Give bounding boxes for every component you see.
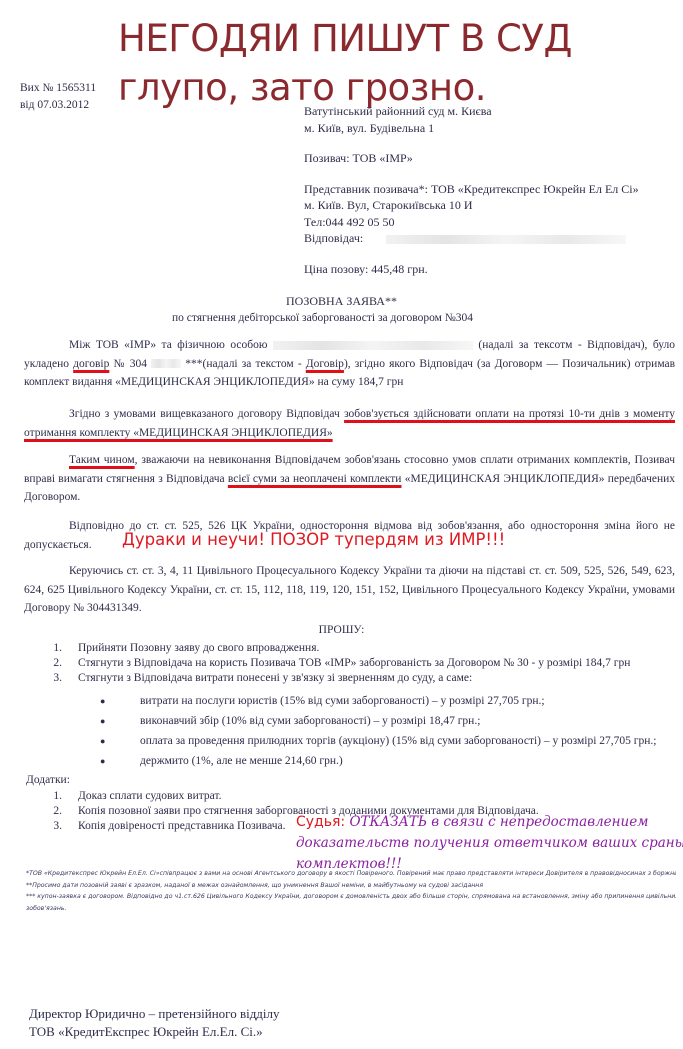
redacted-defendant: [386, 235, 626, 244]
request-title: ПРОШУ:: [0, 624, 683, 636]
court-name: Ватутінський районний суд м. Києва: [304, 103, 639, 120]
footnotes: *ТОВ «Кредитекспрес Юкрейн Ел.Ел. Сі»спі…: [26, 868, 676, 914]
cost-text: витрати на послуги юристів (15% від суми…: [140, 691, 545, 711]
p5-text: Керуючись ст. ст. 3, 4, 11 Цивільного Пр…: [24, 565, 675, 614]
p1-underlined-contract: договір: [73, 358, 109, 370]
p1-underlined-contract-2: Договір: [306, 358, 344, 370]
headline-line-2: глупо, зато грозно.: [118, 69, 486, 106]
document-subtitle: по стягнення дебіторської заборгованості…: [100, 312, 683, 324]
item-text: Стягнути з Відповідача витрати понесені …: [78, 671, 472, 686]
footnote-4: зобов'язань.: [26, 903, 676, 915]
item-number: 2.: [24, 656, 78, 671]
redacted-person: [273, 341, 473, 350]
cost-item: ●оплата за проведення прилюдних торгів (…: [100, 731, 680, 751]
cost-item: ●держмито (1%, але не менше 214,60 грн.): [100, 751, 680, 771]
item-number: 3.: [24, 819, 78, 834]
representative-address: м. Київ. Вул, Старокиївська 10 И: [304, 197, 639, 214]
cost-text: виконавчий збір (10% від суми заборгован…: [140, 711, 480, 731]
judge-text-1: ОТКАЗАТЬ в связи с непредоставлением: [349, 814, 648, 830]
redacted-contract-no: [151, 359, 181, 368]
p2-text-a: Згідно з умовами вищевказаного договору …: [69, 408, 340, 420]
item-text: Стягнути з Відповідача на користь Позива…: [78, 656, 630, 671]
paragraph-conclusion: Таким чином, зважаючи на невиконання Від…: [24, 451, 675, 507]
item-text: Копія довіреності представника Позивача.: [78, 819, 285, 834]
paragraph-contract: Між ТОВ «IMP» та фізичною особою (надалі…: [24, 336, 675, 392]
request-item: 1.Прийняти Позовну заяву до свого впрова…: [24, 641, 674, 656]
p1-text-d: ***(надалі за текстом -: [185, 358, 301, 370]
cost-text: оплата за проведення прилюдних торгів (а…: [140, 731, 656, 751]
outgoing-info: Вих № 1565311 від 07.03.2012: [20, 80, 96, 114]
item-text: Прийняти Позовну заяву до свого впровадж…: [78, 641, 319, 656]
addressee-block: Ватутінський районний суд м. Києва м. Ки…: [304, 103, 639, 277]
defendant-label: Відповідач:: [304, 231, 363, 245]
item-number: 1.: [24, 789, 78, 804]
signature-block: Директор Юридично – претензійного відділ…: [29, 1005, 280, 1040]
bullet-icon: ●: [100, 731, 140, 751]
cost-item: ●витрати на послуги юристів (15% від сум…: [100, 691, 680, 711]
cost-item: ●виконавчий збір (10% від суми заборгова…: [100, 711, 680, 731]
request-item: 3.Стягнути з Відповідача витрати понесен…: [24, 671, 674, 686]
request-item: 2.Стягнути з Відповідача на користь Пози…: [24, 656, 674, 671]
representative: Представник позивача*: ТОВ «Кредитекспре…: [304, 181, 639, 198]
document-title: ПОЗОВНА ЗАЯВА**: [0, 294, 683, 309]
footnote-3: *** купон-заявка є договором. Відповідно…: [26, 891, 676, 903]
item-text: Доказ сплати судових витрат.: [78, 789, 222, 804]
p1-text-c: № 304: [113, 358, 147, 370]
attachments-title: Додатки:: [26, 773, 70, 788]
signature-title: Директор Юридично – претензійного відділ…: [29, 1005, 280, 1023]
annotation-judge: Судья: ОТКАЗАТЬ в связи с непредоставлен…: [296, 812, 676, 875]
p1-text-a: Між ТОВ «IMP» та фізичною особою: [69, 339, 267, 351]
signature-company: ТОВ «КредитЕкспрес Юкрейн Ел.Ел. Сі.»: [29, 1023, 280, 1041]
paragraph-obligation: Згідно з умовами вищевказаного договору …: [24, 405, 675, 442]
item-number: 3.: [24, 671, 78, 686]
defendant-row: Відповідач:: [304, 230, 639, 247]
p3-underlined-sum: всієї суми за неоплачені комплекти: [228, 473, 402, 485]
item-number: 2.: [24, 804, 78, 819]
p3-underlined-thus: Таким чином: [69, 454, 135, 466]
paragraph-legal-basis: Керуючись ст. ст. 3, 4, 11 Цивільного Пр…: [24, 562, 675, 618]
footnote-2: **Просимо дати позовній заяві є зразком,…: [26, 880, 676, 892]
bullet-icon: ●: [100, 711, 140, 731]
request-list: 1.Прийняти Позовну заяву до свого впрова…: [24, 641, 674, 686]
annotation-insult: Дураки и неучи! ПОЗОР тупердям из ИМР!!!: [122, 530, 505, 549]
headline-line-1: НЕГОДЯИ ПИШУТ В СУД: [118, 20, 572, 57]
footnote-1: *ТОВ «Кредитекспрес Юкрейн Ел.Ел. Сі»спі…: [26, 868, 676, 880]
claim-price: Ціна позову: 445,48 грн.: [304, 261, 639, 278]
plaintiff: Позивач: ТОВ «IMP»: [304, 150, 639, 167]
costs-list: ●витрати на послуги юристів (15% від сум…: [100, 691, 680, 771]
cost-text: держмито (1%, але не менше 214,60 грн.): [140, 751, 343, 771]
judge-text-2: доказательств получения ответчиком ваших…: [296, 833, 676, 854]
outgoing-number: Вих № 1565311: [20, 80, 96, 97]
court-address: м. Київ, вул. Будівельна 1: [304, 120, 639, 137]
subtitle-text: по стягнення дебіторської заборгованості…: [172, 312, 473, 324]
bullet-icon: ●: [100, 691, 140, 711]
bullet-icon: ●: [100, 751, 140, 771]
outgoing-date: від 07.03.2012: [20, 97, 96, 114]
attachment-item: 1.Доказ сплати судових витрат.: [24, 789, 674, 804]
phone: Тел:044 492 05 50: [304, 214, 639, 231]
judge-label: Судья:: [296, 814, 345, 830]
item-number: 1.: [24, 641, 78, 656]
